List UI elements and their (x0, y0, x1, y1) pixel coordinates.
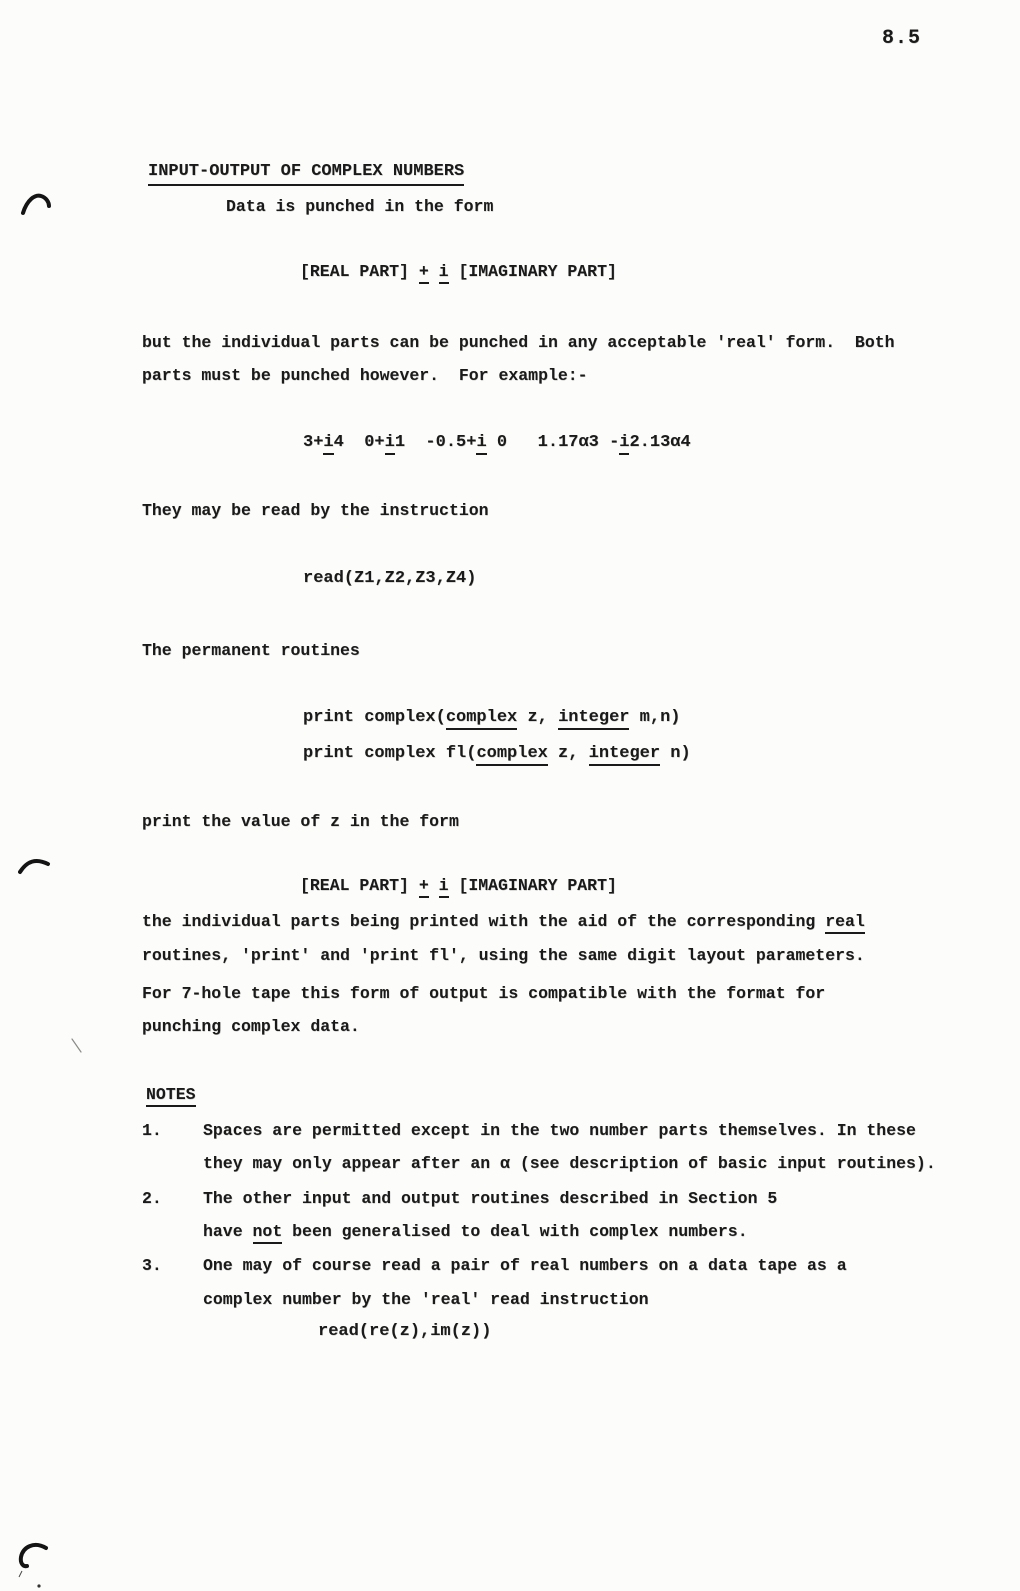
pen-mark-icon (20, 190, 54, 218)
code-seg: print complex( (303, 708, 446, 727)
note-line: Spaces are permitted except in the two n… (203, 1121, 916, 1141)
note-seg: been generalised to deal with complex nu… (282, 1222, 747, 1241)
code-line-read: read(Z1,Z2,Z3,Z4) (303, 569, 476, 589)
body-line: For 7-hole tape this form of output is c… (142, 984, 825, 1004)
example-i: i (476, 433, 486, 455)
formula-gap (429, 262, 439, 281)
formula-plus: + (419, 262, 429, 284)
code-seg: z, (517, 708, 558, 727)
notes-heading: NOTES (146, 1085, 196, 1105)
formula-i: i (439, 876, 449, 898)
example-seg: 4 0+ (334, 433, 385, 452)
formula-imag: [IMAGINARY PART] (449, 876, 617, 895)
example-i: i (323, 433, 333, 455)
note-line: they may only appear after an α (see des… (203, 1154, 936, 1174)
keyword-complex: complex (476, 744, 547, 766)
body-line: They may be read by the instruction (142, 501, 489, 521)
note-line: The other input and output routines desc… (203, 1189, 777, 1209)
example-i: i (385, 433, 395, 455)
note-number: 2. (142, 1189, 162, 1209)
formula-i: i (439, 262, 449, 284)
example-seg: 0 1.17α3 - (487, 433, 620, 452)
pen-mark-icon (69, 1036, 85, 1056)
formula-line-1: [REAL PART] + i [IMAGINARY PART] (300, 262, 617, 282)
body-line: routines, 'print' and 'print fl', using … (142, 946, 865, 966)
body-line: parts must be punched however. For examp… (142, 366, 588, 386)
body-line: print the value of z in the form (142, 812, 459, 832)
scanned-page: 8.5 INPUT-OUTPUT OF COMPLEX NUMBERS Data… (0, 0, 1020, 1591)
examples-line: 3+i4 0+i1 -0.5+i 0 1.17α3 -i2.13α4 (303, 433, 691, 453)
formula-imag: [IMAGINARY PART] (449, 262, 617, 281)
page-number: 8.5 (882, 27, 921, 51)
note-seg: have (203, 1222, 253, 1241)
note-line: have not been generalised to deal with c… (203, 1222, 748, 1242)
formula-line-2: [REAL PART] + i [IMAGINARY PART] (300, 876, 617, 896)
body-line: punching complex data. (142, 1017, 360, 1037)
code-line-print-complex: print complex(complex z, integer m,n) (303, 708, 681, 728)
example-seg: 1 -0.5+ (395, 433, 477, 452)
code-line-print-complex-fl: print complex fl(complex z, integer n) (303, 744, 691, 764)
pen-mark-icon (16, 1540, 54, 1590)
note-line: One may of course read a pair of real nu… (203, 1256, 847, 1276)
section-heading-text: INPUT-OUTPUT OF COMPLEX NUMBERS (148, 162, 464, 186)
note-line: complex number by the 'real' read instru… (203, 1290, 649, 1310)
code-line-read-re-im: read(re(z),im(z)) (318, 1322, 491, 1342)
code-seg: print complex fl( (303, 744, 476, 763)
example-seg: 3+ (303, 433, 323, 452)
body-seg: the individual parts being printed with … (142, 912, 825, 931)
formula-gap (429, 876, 439, 895)
intro-line: Data is punched in the form (226, 197, 493, 217)
emphasis-not: not (253, 1222, 283, 1244)
example-seg: 2.13α4 (629, 433, 690, 452)
pen-mark-icon (18, 854, 52, 876)
emphasis-real: real (825, 912, 865, 934)
body-line: but the individual parts can be punched … (142, 333, 895, 353)
code-seg: m,n) (629, 708, 680, 727)
formula-real: [REAL PART] (300, 876, 419, 895)
code-seg: z, (548, 744, 589, 763)
notes-heading-text: NOTES (146, 1085, 196, 1107)
formula-plus: + (419, 876, 429, 898)
example-i: i (619, 433, 629, 455)
section-heading: INPUT-OUTPUT OF COMPLEX NUMBERS (148, 162, 464, 182)
keyword-complex: complex (446, 708, 517, 730)
note-number: 1. (142, 1121, 162, 1141)
body-line: The permanent routines (142, 641, 360, 661)
note-number: 3. (142, 1256, 162, 1276)
code-seg: n) (660, 744, 691, 763)
keyword-integer: integer (589, 744, 660, 766)
body-line: the individual parts being printed with … (142, 912, 865, 932)
formula-real: [REAL PART] (300, 262, 419, 281)
keyword-integer: integer (558, 708, 629, 730)
